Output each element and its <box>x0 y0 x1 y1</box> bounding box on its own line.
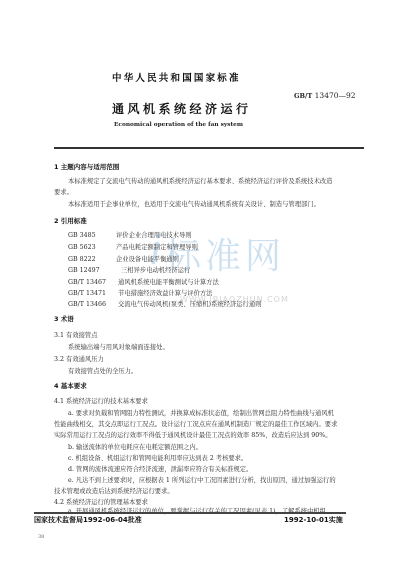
item-a-line-2: 性能曲线相交，其交点即运行工况点。设计运行工况点应在通风机制造厂规定的最佳工作区… <box>54 419 337 428</box>
implementation-date: 1992-10-01实施 <box>284 515 343 525</box>
reference-title: 节电措施经济效益计算与评价方法 <box>118 290 212 297</box>
reference-item: GB/T 13466交流电气传动风机(泵类、压缩机)系统经济运行通则 <box>68 299 261 308</box>
item-b: b. 输送流体的单位电耗应在电耗定额范围之内。 <box>68 442 202 451</box>
item-a-line-3: 实际常用运行工况点的运行效率不得低于通风机设计最佳工况点的效率 85%，改造后应… <box>54 430 332 439</box>
item-4-2-a: a. 开展通风机系统经济运行的单位，要掌握与运行有关的工况因素(见表 1)，了解… <box>68 506 332 515</box>
standard-code: 13470—92 <box>315 91 356 100</box>
term-3-2-heading: 3.2 有效通风压力 <box>54 354 104 363</box>
document-subtitle: Economical operation of the fan system <box>114 122 243 128</box>
reference-code: GB/T 13471 <box>68 290 118 297</box>
section-2-heading: 2 引用标准 <box>54 216 87 225</box>
section-3-heading: 3 术语 <box>54 314 74 323</box>
item-e-line-2: 技术管理或改造后达到系统经济运行要求。 <box>54 486 174 495</box>
reference-code: GB 5623 <box>68 244 116 251</box>
reference-item: GB/T 13467通风机系统电能平衡测试与计算方法 <box>68 277 219 286</box>
reference-code: GB 3485 <box>68 232 116 239</box>
standard-number: GB/T 13470—92 <box>294 91 356 100</box>
section-4-2-heading: 4.2 系统经济运行的管理基本要求 <box>54 497 148 506</box>
section-1-para-2: 本标准适用于企事业单位，也适用于交流电气传动通风机系统有关设计、制造与管理部门。 <box>68 199 320 208</box>
reference-item: GB 3485评价企业合理用电技术导则 <box>68 230 192 239</box>
reference-item: GB/T 13471节电措施经济效益计算与评价方法 <box>68 288 212 297</box>
approval-date: 国家技术监督局1992-06-04批准 <box>34 515 142 525</box>
reference-title: 三相异步电动机经济运行 <box>121 267 190 274</box>
section-4-heading: 4 基本要求 <box>54 381 87 390</box>
section-4-1-heading: 4.1 系统经济运行的技术基本要求 <box>54 396 148 405</box>
reference-title: 企业设备电能平衡通则 <box>116 256 179 263</box>
item-c: c. 机组设备、机组运行和管网电能利用率应达到表 2 考核要求。 <box>68 453 247 462</box>
page-number: 38 <box>38 534 44 540</box>
reference-item: GB 12497三相异步电动机经济运行 <box>68 265 190 274</box>
reference-title: 交流电气传动风机(泵类、压缩机)系统经济运行通则 <box>118 301 261 308</box>
section-1-heading: 1 主题内容与适用范围 <box>54 162 119 171</box>
reference-item: GB 5623产品电耗定额制定和管理导则 <box>68 242 198 251</box>
reference-code: GB 8222 <box>68 256 116 263</box>
section-1-para-1: 本标准规定了交流电气传动的通风机系统经济运行基本要求、系统经济运行评价及系统技术… <box>68 176 332 185</box>
reference-title: 评价企业合理用电技术导则 <box>116 232 192 239</box>
header-divider <box>54 147 364 149</box>
footer-divider <box>34 512 346 514</box>
reference-title: 通风机系统电能平衡测试与计算方法 <box>118 279 219 286</box>
term-3-2-definition: 有效接管点处的全压力。 <box>68 366 137 375</box>
section-1-para-1-cont: 要求。 <box>54 187 73 196</box>
reference-code: GB/T 13467 <box>68 279 118 286</box>
item-e-line-1: e. 凡达不到上述要求时，应根据表 1 所列运行中工况因素进行分析，找出原因，通… <box>68 475 336 484</box>
reference-code: GB/T 13466 <box>68 301 118 308</box>
standard-prefix: GB/T <box>294 92 312 100</box>
reference-item: GB 8222企业设备电能平衡通则 <box>68 254 179 263</box>
reference-code: GB 12497 <box>68 267 121 274</box>
term-3-1-definition: 系统输出端与用风对象端面连接处。 <box>68 342 169 351</box>
term-3-1-heading: 3.1 有效接管点 <box>54 330 98 339</box>
item-a-line-1: a. 要求对负载和管网阻力特性测试，并换算成标准状态值，绘制出管网总阻力特性曲线… <box>68 408 334 417</box>
item-d: d. 管网的流体流速应符合经济流速，泄漏率应符合有关标准规定。 <box>68 464 252 473</box>
document-title: 通风机系统经济运行 <box>112 100 252 117</box>
country-standard-label: 中华人民共和国国家标准 <box>112 70 241 84</box>
reference-title: 产品电耗定额制定和管理导则 <box>116 244 198 251</box>
